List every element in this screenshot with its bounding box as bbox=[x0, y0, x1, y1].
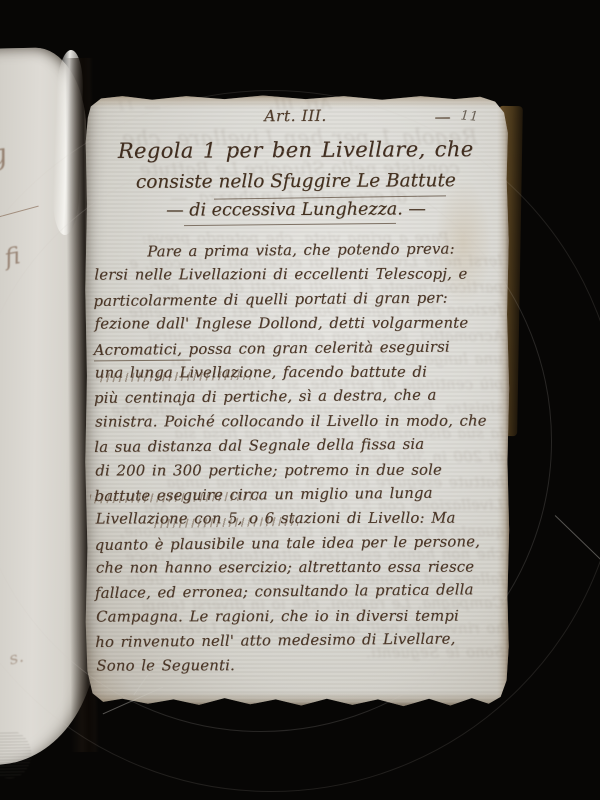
manuscript-line: Pare a prima vista, che potendo preva: bbox=[93, 237, 497, 265]
article-label: Art. III. bbox=[264, 107, 327, 125]
ink-mark: fi bbox=[3, 243, 23, 271]
manuscript-line: quanto è plausibile una tale idea per le… bbox=[95, 530, 499, 558]
manuscript-line: Livellazione con 5, o 6 stazioni di Live… bbox=[96, 507, 500, 532]
article-heading: Art. III. — bbox=[82, 106, 508, 126]
ink-mark: Gg bbox=[0, 137, 10, 177]
manuscript-line: una lunga Livellazione, facendo battute … bbox=[95, 360, 499, 385]
manuscript-line: Campagna. Le ragioni, che io in diversi … bbox=[96, 604, 500, 629]
manuscript-line: sinistra. Poiché collocando il Livello i… bbox=[95, 409, 499, 434]
manuscript-line: più centinaja di pertiche, sì a destra, … bbox=[94, 383, 498, 411]
scratch-line bbox=[555, 515, 600, 566]
manuscript-line: fezione dall' Inglese Dollond, detti vol… bbox=[95, 312, 499, 337]
paper-stain bbox=[0, 730, 32, 779]
body-text: Pare a prima vista, che potendo preva: l… bbox=[93, 238, 499, 679]
manuscript-line: Sono le Seguenti. bbox=[96, 653, 500, 678]
manuscript-line: che non hanno esercizio; altrettanto ess… bbox=[96, 556, 500, 581]
heading-dash: — bbox=[434, 107, 451, 126]
title-line-3: — di eccessiva Lunghezza. — bbox=[83, 199, 509, 221]
manuscript-text: 11 Art. III. — Regola 1 per ben Livellar… bbox=[82, 92, 511, 709]
manuscript-line: di 200 in 300 pertiche; potremo in due s… bbox=[95, 458, 499, 483]
manuscript-line: la sua distanza dal Segnale della fissa … bbox=[94, 432, 498, 460]
title-line-1: Regola 1 per ben Livellare, che bbox=[83, 137, 509, 163]
manuscript-line: battute eseguire circa un miglio una lun… bbox=[94, 481, 498, 509]
manuscript-line: lersi nelle Livellazioni di eccellenti T… bbox=[94, 263, 498, 288]
manuscript-page: 11 Art. III. — Regola 1 per ben Livellar… bbox=[84, 93, 510, 708]
ink-stroke bbox=[0, 206, 39, 229]
manuscript-line: Acromatici, possa con gran celerità eseg… bbox=[94, 335, 498, 363]
manuscript-line: particolarmente di quelli portati di gra… bbox=[93, 286, 497, 314]
title-line-2: consiste nello Sfuggire Le Battute bbox=[83, 170, 509, 193]
manuscript-line: fallace, ed erronea; consultando la prat… bbox=[95, 579, 499, 607]
photo-background: Gg ej fi s. 11 Art. III. — Regola 1 per … bbox=[0, 0, 600, 800]
manuscript-line: ho rinvenuto nell' atto medesimo di Live… bbox=[95, 627, 499, 655]
ink-mark: s. bbox=[7, 647, 26, 670]
